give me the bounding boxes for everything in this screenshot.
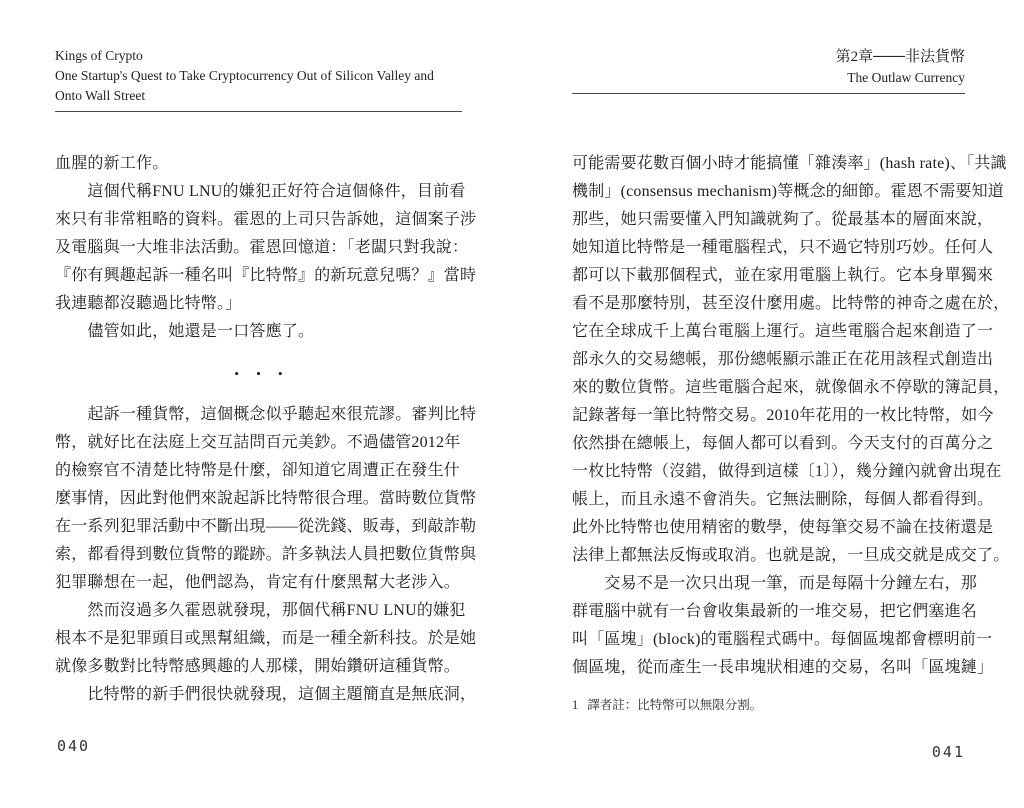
chapter-title: 第2章───非法貨幣 (572, 46, 965, 68)
text-line: 帳上，而且永遠不會消失。它無法刪除，每個人都看得到。 (572, 486, 965, 514)
text-line: 來只有非常粗略的資料。霍恩的上司只告訴她，這個案子涉 (55, 206, 462, 234)
right-running-head: 第2章───非法貨幣 The Outlaw Currency (572, 46, 965, 94)
text-line: 部永久的交易總帳，那份總帳顯示誰正在花用該程式創造出 (572, 346, 965, 374)
text-line: 根本不是犯罪頭目或黑幫組織，而是一種全新科技。於是她 (55, 625, 462, 653)
text-line: 血腥的新工作。 (55, 150, 462, 178)
text-line: 它在全球成千上萬台電腦上運行。這些電腦合起來創造了一 (572, 318, 965, 346)
book-title: Kings of Crypto (55, 46, 462, 66)
text-line: 比特幣的新手們很快就發現，這個主題簡直是無底洞， (55, 681, 462, 709)
text-line: 個區塊，從而產生一長串塊狀相連的交易，名叫「區塊鏈」 (572, 654, 965, 682)
text-line: 交易不是一次只出現一筆，而是每隔十分鐘左右，那 (572, 570, 965, 598)
text-line: 叫「區塊」(block)的電腦程式碼中。每個區塊都會標明前一 (572, 626, 965, 654)
footnote-text: 譯者註：比特幣可以無限分割。 (587, 697, 762, 714)
text-line: 就像多數對比特幣感興趣的人那樣，開始鑽研這種貨幣。 (55, 653, 462, 681)
paragraph-block: 血腥的新工作。 這個代稱FNU LNU的嫌犯正好符合這個條件，目前看來只有非常粗… (55, 150, 462, 346)
text-line: 記錄著每一筆比特幣交易。2010年花用的一枚比特幣，如今 (572, 402, 965, 430)
text-line: 及電腦與一大堆非法活動。霍恩回憶道：「老闆只對我說： (55, 234, 462, 262)
text-line: 麼事情，因此對他們來說起訴比特幣很合理。當時數位貨幣 (55, 485, 462, 513)
paragraph-block: 可能需要花數百個小時才能搞懂「雜湊率」(hash rate)、「共識機制」(co… (572, 150, 965, 682)
text-line: 我連聽都沒聽過比特幣。」 (55, 290, 462, 318)
text-line: 『你有興趣起訴一種名叫『比特幣』的新玩意兒嗎？』當時 (55, 262, 462, 290)
section-separator-dots: • • • (55, 346, 462, 401)
text-line: 看不是那麼特別，甚至沒什麼用處。比特幣的神奇之處在於， (572, 290, 965, 318)
text-line: 儘管如此，她還是一口答應了。 (55, 318, 462, 346)
page-number-right: 041 (932, 743, 965, 761)
paragraph-block: 起訴一種貨幣，這個概念似乎聽起來很荒謬。審判比特幣，就好比在法庭上交互詰問百元美… (55, 401, 462, 709)
text-line: 都可以下載那個程式，並在家用電腦上執行。它本身單獨來 (572, 262, 965, 290)
translator-footnote: 1 譯者註：比特幣可以無限分割。 (572, 697, 965, 714)
header-rule (572, 93, 965, 94)
text-line: 她知道比特幣是一種電腦程式，只不過它特別巧妙。任何人 (572, 234, 965, 262)
text-line: 機制」(consensus mechanism)等概念的細節。霍恩不需要知道 (572, 178, 965, 206)
chapter-subtitle: The Outlaw Currency (572, 68, 965, 88)
right-body-text: 可能需要花數百個小時才能搞懂「雜湊率」(hash rate)、「共識機制」(co… (572, 150, 965, 714)
text-line: 犯罪聯想在一起，他們認為，肯定有什麼黑幫大老涉入。 (55, 569, 462, 597)
left-body-text: 血腥的新工作。 這個代稱FNU LNU的嫌犯正好符合這個條件，目前看來只有非常粗… (55, 150, 462, 709)
text-line: 群電腦中就有一台會收集最新的一堆交易，把它們塞進名 (572, 598, 965, 626)
book-spread: Kings of Crypto One Startup's Quest to T… (0, 0, 1024, 808)
text-line: 法律上都無法反悔或取消。也就是說，一旦成交就是成交了。 (572, 542, 965, 570)
left-running-head: Kings of Crypto One Startup's Quest to T… (55, 46, 462, 112)
text-line: 起訴一種貨幣，這個概念似乎聽起來很荒謬。審判比特 (55, 401, 462, 429)
text-line: 幣，就好比在法庭上交互詰問百元美鈔。不過儘管2012年 (55, 429, 462, 457)
text-line: 依然掛在總帳上，每個人都可以看到。今天支付的百萬分之 (572, 430, 965, 458)
text-line: 此外比特幣也使用精密的數學，使每筆交易不論在技術還是 (572, 514, 965, 542)
footnote-marker: 1 (572, 697, 578, 714)
text-line: 可能需要花數百個小時才能搞懂「雜湊率」(hash rate)、「共識 (572, 150, 965, 178)
text-line: 索，都看得到數位貨幣的蹤跡。許多執法人員把數位貨幣與 (55, 541, 462, 569)
text-line: 在一系列犯罪活動中不斷出現——從洗錢、販毒，到敲詐勒 (55, 513, 462, 541)
book-subtitle: One Startup's Quest to Take Cryptocurren… (55, 66, 462, 106)
page-number-left: 040 (57, 737, 90, 755)
text-line: 那些，她只需要懂入門知識就夠了。從最基本的層面來說， (572, 206, 965, 234)
text-line: 來的數位貨幣。這些電腦合起來，就像個永不停歇的簿記員， (572, 374, 965, 402)
header-rule (55, 111, 462, 112)
text-line: 然而沒過多久霍恩就發現，那個代稱FNU LNU的嫌犯 (55, 597, 462, 625)
text-line: 一枚比特幣（沒錯，做得到這樣〔1〕），幾分鐘內就會出現在 (572, 458, 965, 486)
text-line: 這個代稱FNU LNU的嫌犯正好符合這個條件，目前看 (55, 178, 462, 206)
text-line: 的檢察官不清楚比特幣是什麼，卻知道它周遭正在發生什 (55, 457, 462, 485)
